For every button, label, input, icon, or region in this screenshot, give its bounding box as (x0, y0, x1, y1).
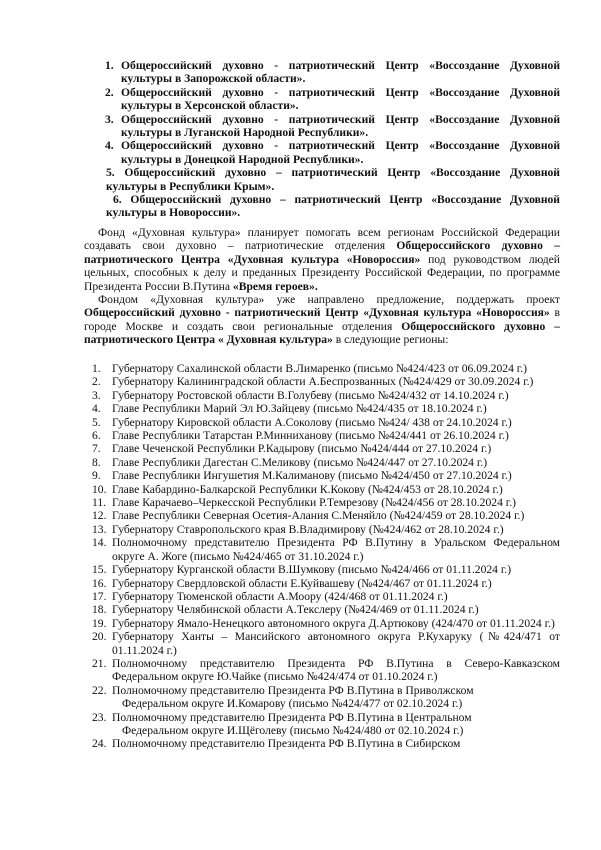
region-item: 1.Губернатору Сахалинской области В.Лима… (92, 362, 560, 375)
region-text: Губернатору Ставропольского края В.Влади… (112, 523, 504, 536)
region-number: 8. (92, 456, 101, 469)
regions-list: 1.Губернатору Сахалинской области В.Лима… (92, 362, 560, 751)
region-number: 24. (92, 737, 107, 750)
region-number: 16. (92, 577, 107, 590)
region-number: 9. (92, 469, 101, 482)
region-text: Губернатору Курганской области В.Шумкову… (112, 563, 511, 576)
region-text: Главе Республики Дагестан С.Меликову (пи… (112, 456, 487, 469)
center-text-body: Общероссийский духовно – патриотический … (106, 193, 560, 219)
center-number: 2. (105, 86, 114, 99)
region-text: Губернатору Кировской области А.Соколову… (112, 416, 512, 429)
region-number: 4. (92, 402, 101, 415)
region-item: 11.Главе Карачаево–Черкесской Республики… (92, 496, 560, 509)
region-number: 13. (92, 523, 107, 536)
region-item: 3.Губернатору Ростовской области В.Голуб… (92, 389, 560, 402)
center-text: Общероссийский духовно - патриотический … (121, 139, 560, 166)
region-text: Полномочному представителю Президента РФ… (112, 737, 460, 750)
region-number: 5. (92, 416, 101, 429)
paragraph-text: в следующие регионы: (333, 333, 449, 346)
paragraph-proposal: Фондом «Духовная культура» уже направлен… (84, 293, 560, 347)
region-text: Главе Республики Татарстан Р.Минниханову… (112, 429, 509, 442)
region-number: 14. (92, 536, 107, 549)
center-text: 5. Общероссийский духовно – патриотическ… (106, 166, 560, 193)
region-item: 4.Главе Республики Марий Эл Ю.Зайцеву (п… (92, 402, 560, 415)
region-text: Губернатору Калининградской области А.Бе… (112, 375, 533, 388)
region-item: 21.Полномочному представителю Президента… (92, 657, 560, 684)
region-text: Главе Кабардино-Балкарской Республики К.… (112, 483, 503, 496)
region-number: 19. (92, 617, 107, 630)
region-item: 22.Полномочному представителю Президента… (92, 684, 560, 711)
region-item: 2.Губернатору Калининградской области А.… (92, 375, 560, 388)
region-number: 22. (92, 684, 107, 697)
center-item: 1. Общероссийский духовно - патриотическ… (84, 59, 560, 86)
region-text: Губернатору Тюменской области А.Моору (4… (112, 590, 448, 603)
region-text: Главе Республики Марий Эл Ю.Зайцеву (пис… (112, 402, 487, 415)
region-item: 8.Главе Республики Дагестан С.Меликову (… (92, 456, 560, 469)
region-text: Губернатору Сахалинской области В.Лимаре… (112, 362, 527, 375)
region-item: 20.Губернатору Ханты – Мансийского автон… (92, 630, 560, 657)
region-text-continued: Федеральном округе И.Комарову (письмо №4… (112, 697, 560, 710)
center-text: Общероссийский духовно - патриотический … (121, 59, 560, 86)
region-item: 14.Полномочному представителю Президента… (92, 536, 560, 563)
region-item: 10.Главе Кабардино-Балкарской Республики… (92, 483, 560, 496)
center-text: Общероссийский духовно - патриотический … (121, 113, 560, 140)
document-page: 1. Общероссийский духовно - патриотическ… (0, 0, 601, 850)
region-text: Губернатору Ямало-Ненецкого автономного … (112, 617, 555, 630)
region-text: Полномочному представителю Президента РФ… (112, 711, 472, 724)
region-number: 6. (92, 429, 101, 442)
region-number: 10. (92, 483, 107, 496)
center-number: 3. (105, 113, 114, 126)
region-number: 23. (92, 711, 107, 724)
center-number: 4. (105, 139, 114, 152)
center-number: 1. (105, 59, 114, 72)
region-number: 7. (92, 442, 101, 455)
region-text: Полномочному представителю Президента РФ… (112, 536, 560, 562)
region-text: Главе Чеченской Республики Р.Кадырову (п… (112, 442, 491, 455)
center-text-body: Общероссийский духовно – патриотический … (106, 166, 560, 192)
region-text: Главе Карачаево–Черкесской Республики Р.… (112, 496, 516, 509)
region-item: 15.Губернатору Курганской области В.Шумк… (92, 563, 560, 576)
region-number: 15. (92, 563, 107, 576)
region-item: 9.Главе Республики Ингушетия М.Калиманов… (92, 469, 560, 482)
region-item: 23.Полномочному представителю Президента… (92, 711, 560, 738)
region-item: 5.Губернатору Кировской области А.Соколо… (92, 416, 560, 429)
center-item: 2. Общероссийский духовно - патриотическ… (84, 86, 560, 113)
center-number: 5. (106, 166, 115, 179)
region-text: Главе Республики Ингушетия М.Калиманову … (112, 469, 512, 482)
paragraph-plans: Фонд «Духовная культура» планирует помог… (84, 226, 560, 293)
region-item: 7.Главе Чеченской Республики Р.Кадырову … (92, 442, 560, 455)
center-item: 4. Общероссийский духовно - патриотическ… (84, 139, 560, 166)
region-number: 21. (92, 657, 107, 670)
center-number: 6. (106, 193, 122, 206)
region-item: 19.Губернатору Ямало-Ненецкого автономно… (92, 617, 560, 630)
region-number: 11. (92, 496, 106, 509)
region-number: 18. (92, 603, 107, 616)
region-text: Главе Республики Северная Осетия-Алания … (112, 509, 524, 522)
centers-list: 1. Общероссийский духовно - патриотическ… (84, 59, 560, 220)
region-number: 3. (92, 389, 101, 402)
region-number: 12. (92, 509, 107, 522)
region-text: Губернатору Свердловской области Е.Куйва… (112, 577, 492, 590)
region-text: Губернатору Ростовской области В.Голубев… (112, 389, 509, 402)
region-item: 16.Губернатору Свердловской области Е.Ку… (92, 577, 560, 590)
center-item: 5. Общероссийский духовно – патриотическ… (84, 166, 560, 193)
region-number: 20. (92, 630, 107, 643)
center-text: Общероссийский духовно - патриотический … (121, 86, 560, 113)
region-item: 12.Главе Республики Северная Осетия-Алан… (92, 509, 560, 522)
region-number: 1. (92, 362, 101, 375)
region-text: Губернатору Ханты – Мансийского автономн… (112, 630, 560, 656)
region-item: 17.Губернатору Тюменской области А.Моору… (92, 590, 560, 603)
program-name: «Время героев». (233, 280, 318, 293)
center-item: 6. Общероссийский духовно – патриотическ… (84, 193, 560, 220)
region-text: Полномочному представителю Президента РФ… (112, 684, 474, 697)
region-item: 13.Губернатору Ставропольского края В.Вл… (92, 523, 560, 536)
center-item: 3. Общероссийский духовно - патриотическ… (84, 113, 560, 140)
region-item: 6.Главе Республики Татарстан Р.Миннихано… (92, 429, 560, 442)
paragraph-text: Фондом «Духовная культура» уже направлен… (98, 293, 560, 306)
region-item: 18.Губернатору Челябинской области А.Тек… (92, 603, 560, 616)
region-text: Полномочному представителю Президента РФ… (112, 657, 560, 683)
region-number: 17. (92, 590, 107, 603)
region-item: 24.Полномочному представителю Президента… (92, 737, 560, 750)
region-text-continued: Федеральном округе И.Щёголеву (письмо №4… (112, 724, 560, 737)
region-text: Губернатору Челябинской области А.Тексле… (112, 603, 479, 616)
center-text: 6. Общероссийский духовно – патриотическ… (106, 193, 560, 220)
paragraph-bold: Общероссийский духовно - патриотический … (84, 306, 550, 319)
region-number: 2. (92, 375, 101, 388)
